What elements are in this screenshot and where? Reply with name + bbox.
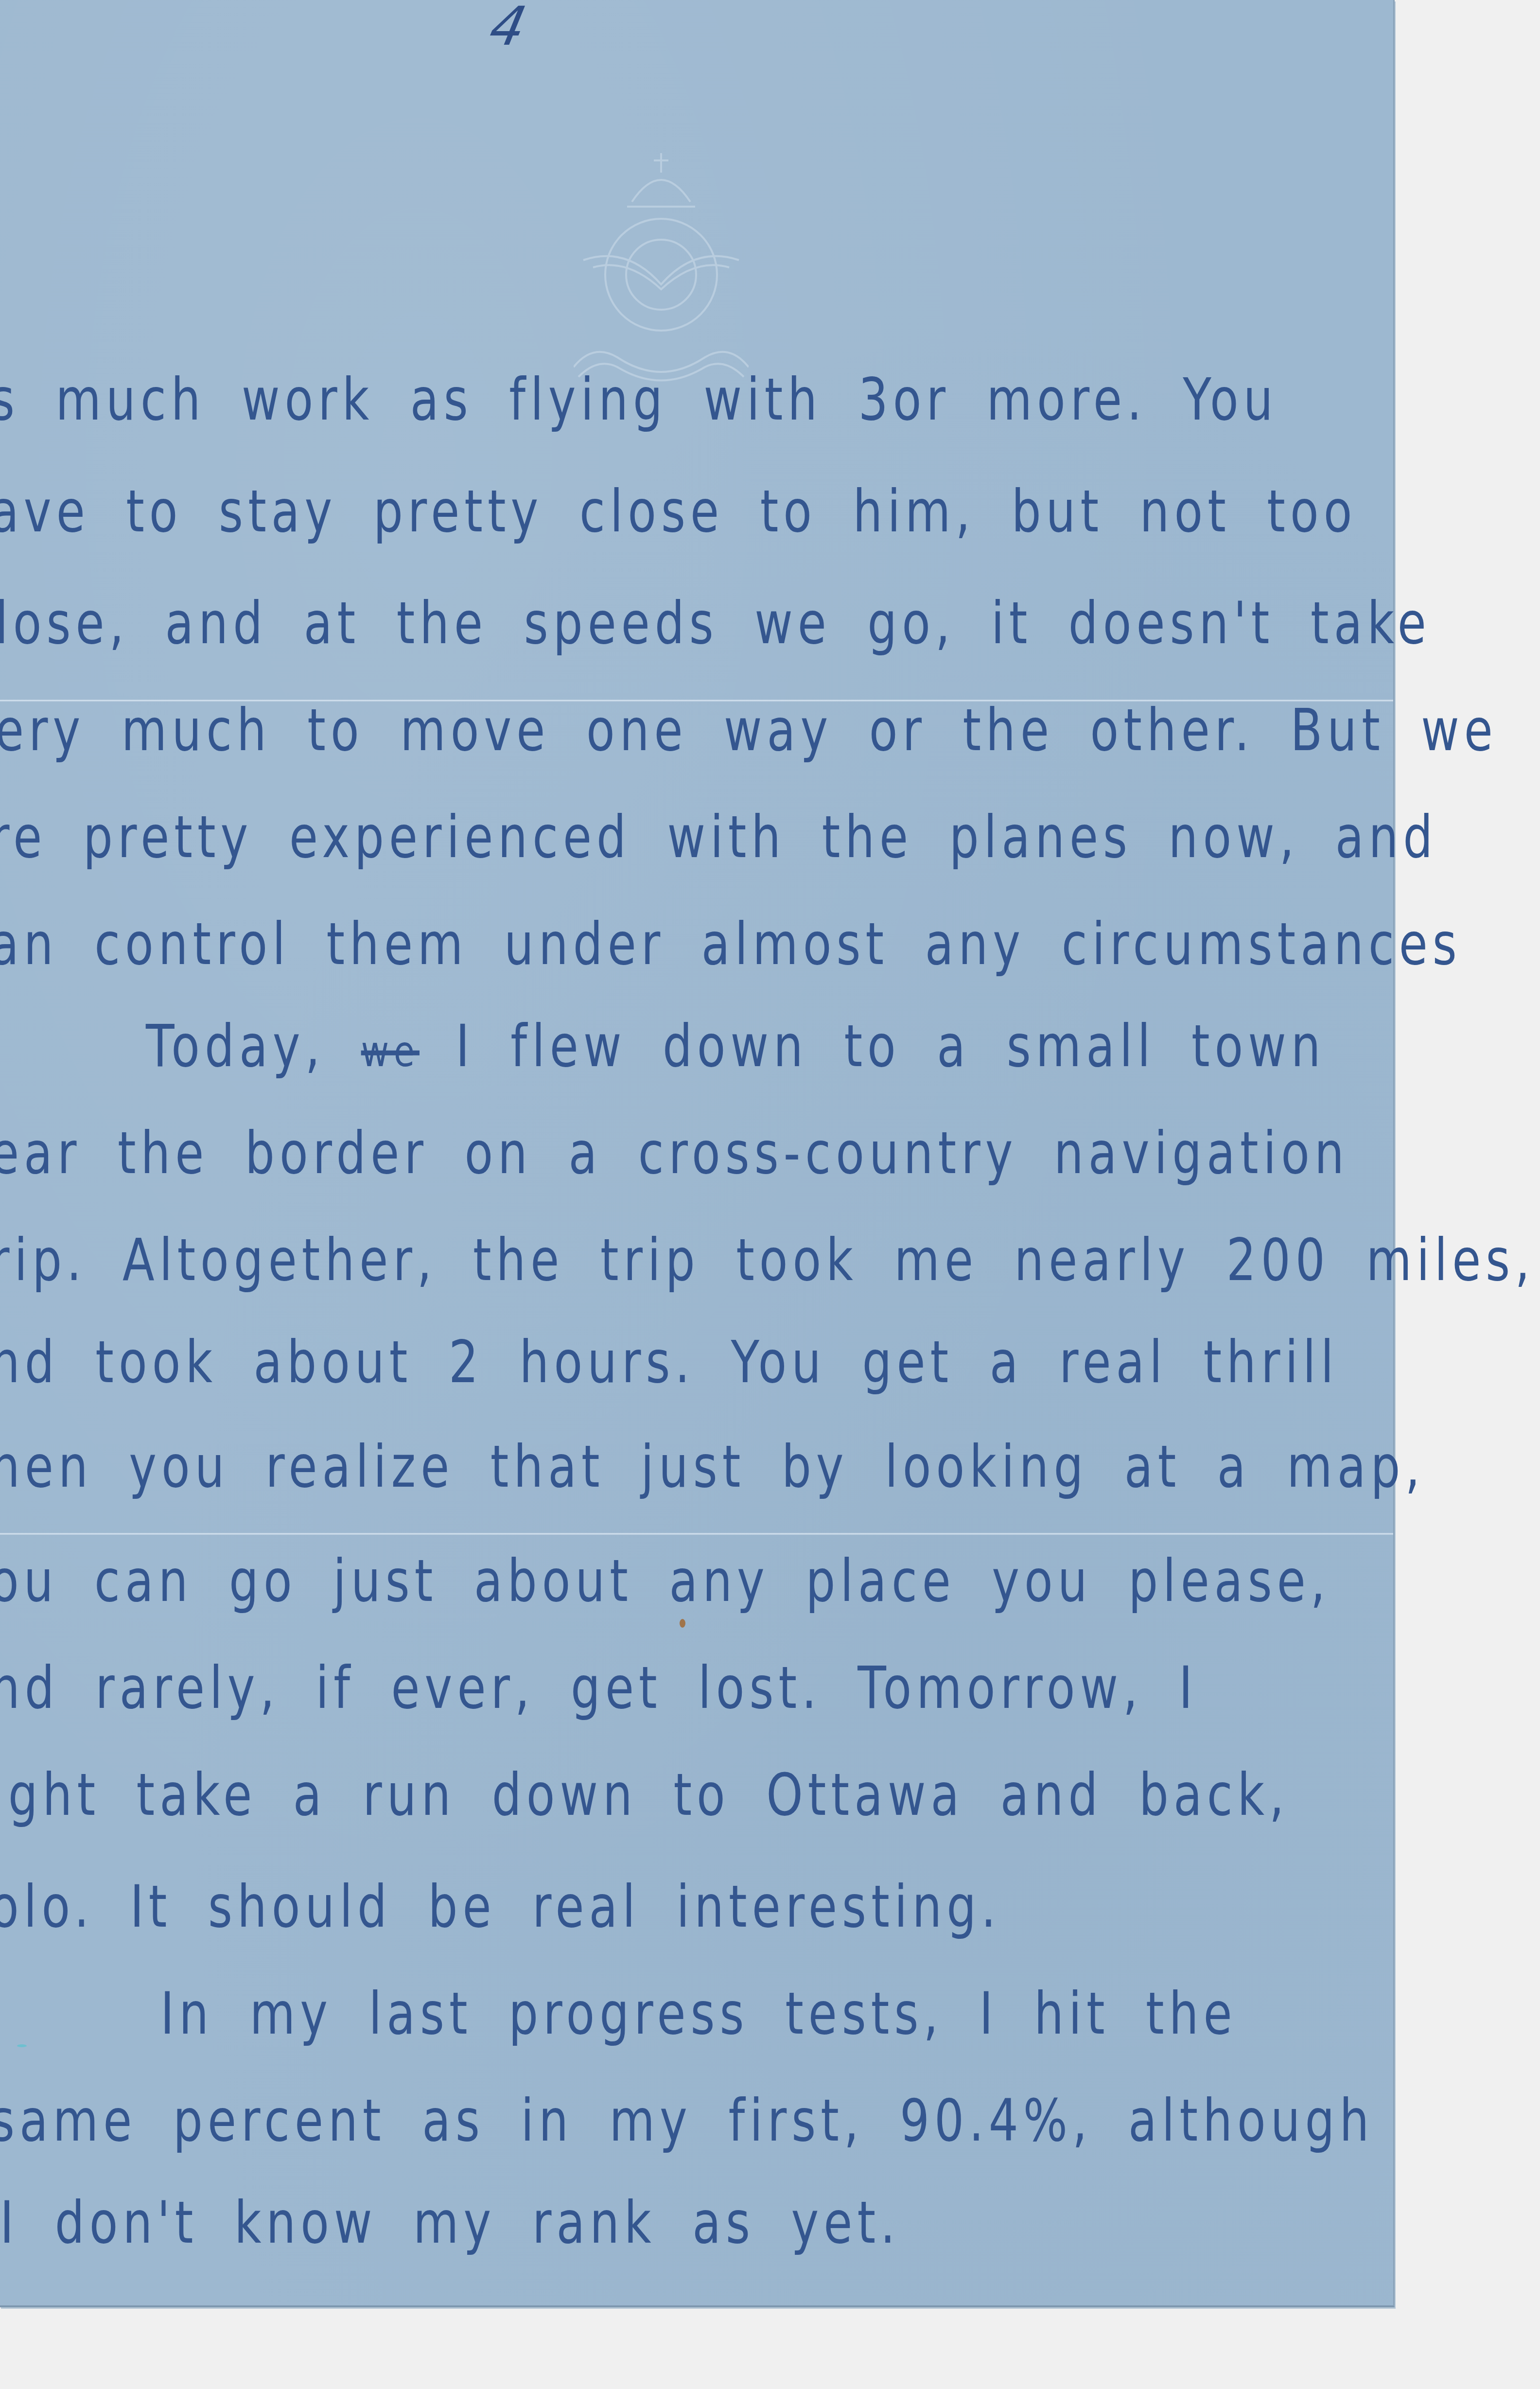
letter-line: rip. Altogether, the trip took me nearly… [0,1226,1535,1294]
letter-line: ery much to move one way or the other. B… [0,696,1498,764]
fold-crease [0,1532,1393,1535]
letter-line: ou can go just about any place you pleas… [0,1547,1330,1615]
letter-line: ear the border on a cross-country naviga… [0,1119,1349,1187]
letter-line: ight take a run down to Ottawa and back, [0,1761,1289,1829]
letter-line: Today, we I flew down to a small town [146,1012,1326,1080]
letter-line: hen you realize that just by looking at … [0,1433,1425,1501]
letter-line: s much work as flying with 3or more. You [0,366,1278,434]
letter-line: same percent as in my first, 90.4%, alth… [0,2087,1374,2155]
line-text: I flew down to a small town [456,1012,1326,1080]
letter-line: I don't know my rank as yet. [0,2189,900,2257]
letter-sheet: 4 s much work as flying with 3or more. Y… [0,0,1395,2307]
letter-line: ave to stay pretty close to him, but not… [0,477,1357,545]
letter-line: re pretty experienced with the planes no… [0,803,1437,871]
letter-line: In my last progress tests, I hit the [160,1980,1237,2048]
ink-spot [17,2044,27,2047]
letter-line: olo. It should be real interesting. [0,1873,1001,1941]
page-number: 4 [484,0,531,57]
letter-line: an control them under almost any circums… [0,910,1462,978]
embossed-crest-icon [574,139,749,386]
letter-line: nd took about 2 hours. You get a real th… [0,1328,1338,1396]
struck-out-word: we [361,1027,420,1077]
letter-line: lose, and at the speeds we go, it doesn'… [0,589,1431,657]
line-text: Today, [146,1012,325,1080]
ink-spot [680,1619,685,1628]
letter-line: nd rarely, if ever, get lost. Tomorrow, … [0,1654,1197,1722]
